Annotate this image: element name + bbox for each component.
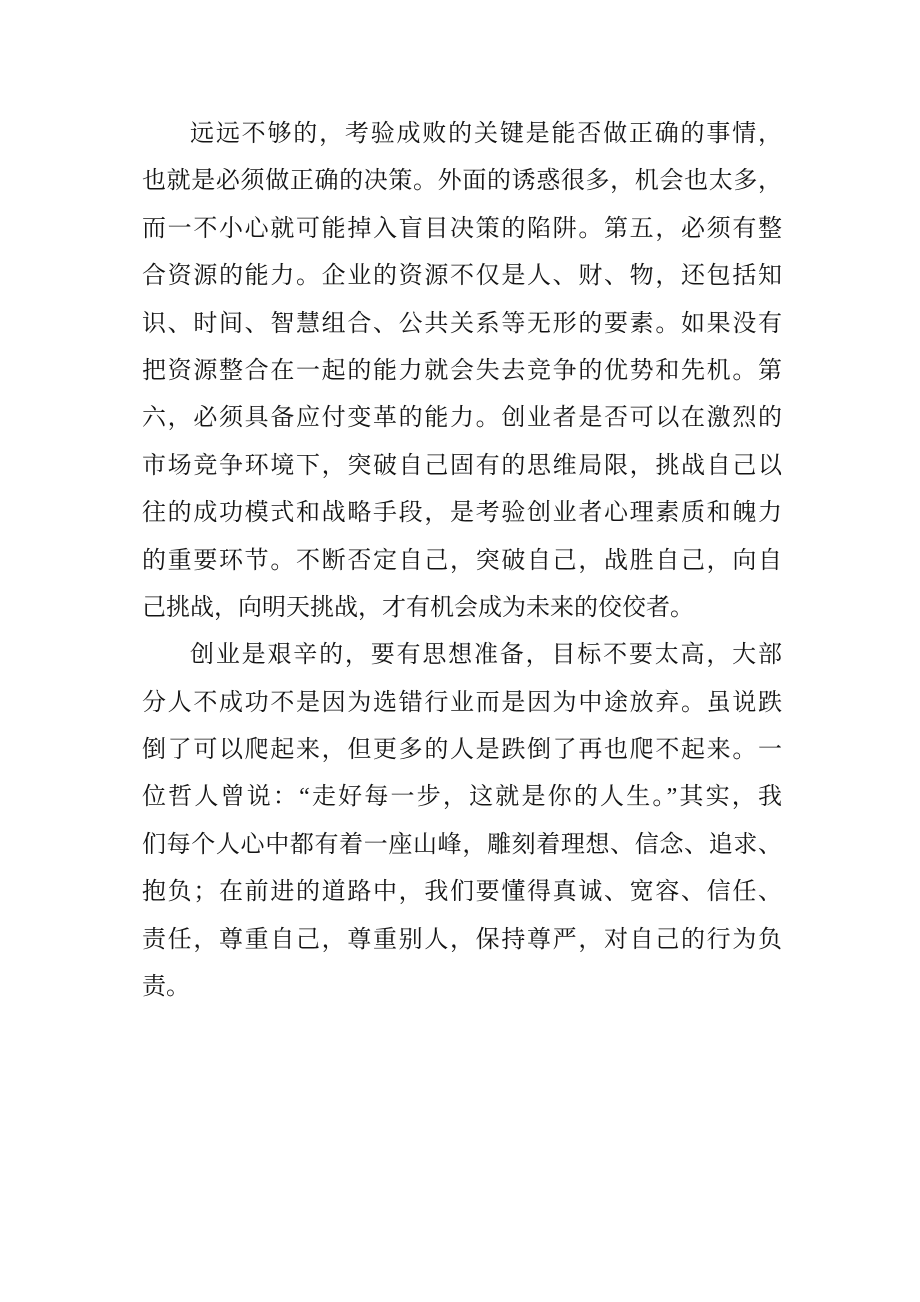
text-line: 合资源的能力。企业的资源不仅是人、财、物，还包括知 [142,253,782,300]
document-page: 远远不够的，考验成败的关键是能否做正确的事情，也就是必须做正确的决策。外面的诱惑… [0,0,920,1302]
text-line: 抱负；在前进的道路中，我们要懂得真诚、宽容、信任、 [142,869,782,916]
text-line: 位哲人曾说：“走好每一步，这就是你的人生。”其实，我 [142,774,782,821]
text-block: 远远不够的，考验成败的关键是能否做正确的事情，也就是必须做正确的决策。外面的诱惑… [142,111,782,1011]
text-line: 责。 [142,964,782,1011]
text-line: 识、时间、智慧组合、公共关系等无形的要素。如果没有 [142,301,782,348]
text-line: 六，必须具备应付变革的能力。创业者是否可以在激烈的 [142,395,782,442]
text-line: 责任，尊重自己，尊重别人，保持尊严，对自己的行为负 [142,917,782,964]
document-body: { "page": { "background_color": "#ffffff… [0,0,920,1302]
text-line: 们每个人心中都有着一座山峰，雕刻着理想、信念、追求、 [142,822,782,869]
text-line: 也就是必须做正确的决策。外面的诱惑很多，机会也太多， [142,158,782,205]
text-line: 己挑战，向明天挑战，才有机会成为未来的佼佼者。 [142,585,782,632]
text-line: 远远不够的，考验成败的关键是能否做正确的事情， [142,111,782,158]
text-line: 把资源整合在一起的能力就会失去竞争的优势和先机。第 [142,348,782,395]
text-line: 创业是艰辛的，要有思想准备，目标不要太高，大部 [142,632,782,679]
text-line: 的重要环节。不断否定自己，突破自己，战胜自己，向自 [142,538,782,585]
text-line: 分人不成功不是因为选错行业而是因为中途放弃。虽说跌 [142,680,782,727]
text-line: 市场竞争环境下，突破自己固有的思维局限，挑战自己以 [142,443,782,490]
paragraph: 创业是艰辛的，要有思想准备，目标不要太高，大部分人不成功不是因为选错行业而是因为… [142,632,782,1011]
text-line: 而一不小心就可能掉入盲目决策的陷阱。第五，必须有整 [142,206,782,253]
paragraph: 远远不够的，考验成败的关键是能否做正确的事情，也就是必须做正确的决策。外面的诱惑… [142,111,782,632]
text-line: 往的成功模式和战略手段，是考验创业者心理素质和魄力 [142,490,782,537]
text-line: 倒了可以爬起来，但更多的人是跌倒了再也爬不起来。一 [142,727,782,774]
